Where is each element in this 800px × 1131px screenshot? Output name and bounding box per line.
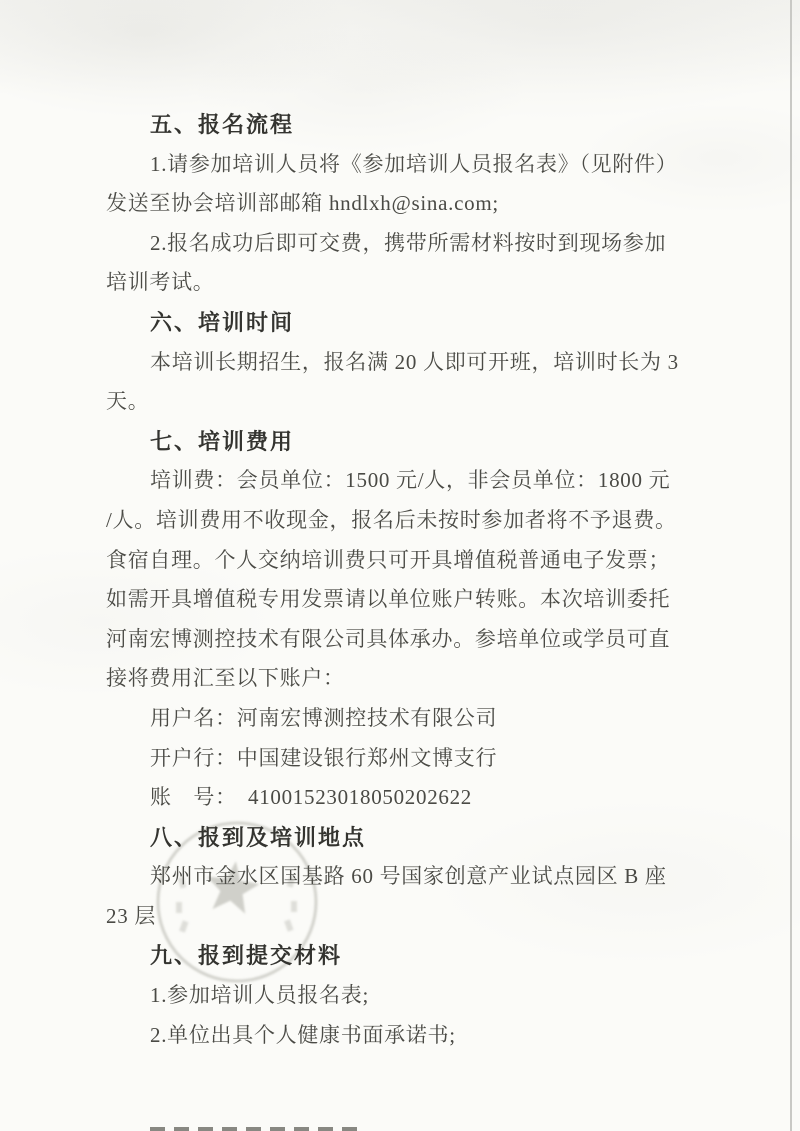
cutoff-text-line-top [150,1127,362,1131]
line-7-1b: /人。培训费用不收现金，报名后未按时参加者将不予退费。 [106,501,696,541]
line-5-2b: 培训考试。 [106,263,696,303]
line-5-2a: 2.报名成功后即可交费，携带所需材料按时到现场参加 [106,224,696,264]
line-7-1a: 培训费：会员单位：1500 元/人，非会员单位：1800 元 [106,461,696,501]
line-6-1b: 天。 [106,382,696,422]
scanned-document-page: 五、报名流程1.请参加培训人员将《参加培训人员报名表》（见附件）发送至协会培训部… [0,0,800,1131]
line-7-1f: 接将费用汇至以下账户： [106,659,696,699]
heading-section-5: 五、报名流程 [106,105,696,145]
document-body: 五、报名流程1.请参加培训人员将《参加培训人员报名表》（见附件）发送至协会培训部… [106,105,696,1055]
heading-section-6: 六、培训时间 [106,303,696,343]
line-6-1a: 本培训长期招生，报名满 20 人即可开班，培训时长为 3 [106,343,696,383]
line-8-1a: 郑州市金水区国基路 60 号国家创意产业试点园区 B 座 [106,857,696,897]
line-7-1e: 河南宏博测控技术有限公司具体承办。参培单位或学员可直 [106,620,696,660]
heading-section-9: 九、报到提交材料 [106,936,696,976]
line-5-1b: 发送至协会培训部邮箱 hndlxh@sina.com; [106,184,696,224]
line-9-2: 2.单位出具个人健康书面承诺书; [106,1016,696,1056]
heading-section-7: 七、培训费用 [106,422,696,462]
line-8-1b: 23 层 [106,897,696,937]
scan-edge-line [790,0,792,1131]
line-account-number: 账 号： 41001523018050202622 [106,778,696,818]
line-bank-branch: 开户行：中国建设银行郑州文博支行 [106,739,696,779]
line-account-name: 用户名：河南宏博测控技术有限公司 [106,699,696,739]
heading-section-8: 八、报到及培训地点 [106,818,696,858]
line-9-1: 1.参加培训人员报名表; [106,976,696,1016]
line-7-1c: 食宿自理。个人交纳培训费只可开具增值税普通电子发票； [106,541,696,581]
line-5-1a: 1.请参加培训人员将《参加培训人员报名表》（见附件） [106,145,696,185]
line-7-1d: 如需开具增值税专用发票请以单位账户转账。本次培训委托 [106,580,696,620]
